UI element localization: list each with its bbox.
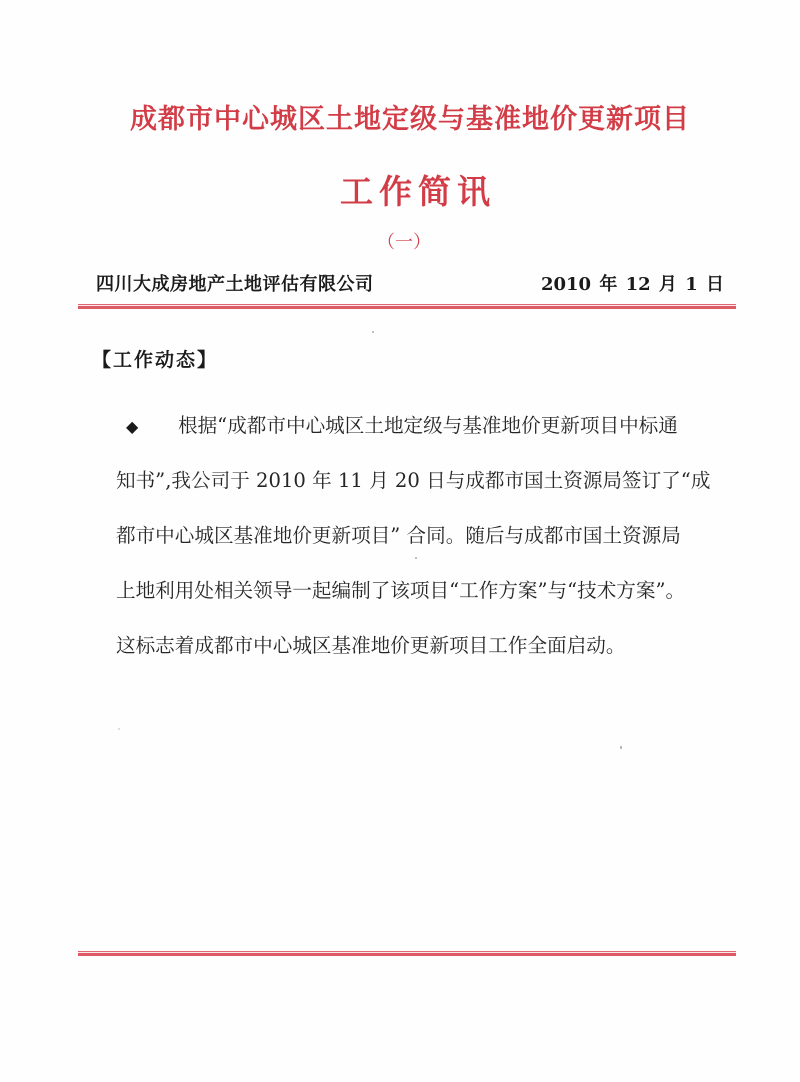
body-line-1: ◆根据“成都市中心城区土地定级与基准地价更新项目中标通 [116, 398, 716, 453]
body-line-5: 这标志着成都市中心城区基准地价更新项目工作全面启动。 [116, 618, 716, 673]
header-divider [78, 304, 736, 309]
body-line-3: 都市中心城区基准地价更新项目” 合同。随后与成都市国土资源局 [116, 508, 716, 563]
issue-date: 2010 年 12 月 1 日 [541, 270, 724, 296]
scan-speck [118, 728, 120, 730]
body-line-2: 知书”,我公司于 2010 年 11 月 20 日与成都市国土资源局签订了“成 [116, 453, 716, 508]
organization-name: 四川大成房地产土地评估有限公司 [96, 270, 374, 296]
footer-divider [78, 951, 736, 956]
scan-speck [415, 557, 417, 559]
scan-speck [620, 746, 622, 749]
scan-speck [372, 331, 374, 333]
issue-number: （一） [0, 228, 800, 254]
section-heading: 【工作动态】 [92, 345, 218, 372]
section-body: ◆根据“成都市中心城区土地定级与基准地价更新项目中标通 知书”,我公司于 201… [116, 398, 716, 673]
publisher-row: 四川大成房地产土地评估有限公司 2010 年 12 月 1 日 [96, 270, 724, 298]
body-line-4: 上地利用处相关领导一起编制了该项目“工作方案”与“技术方案”。 [116, 563, 716, 618]
diamond-bullet-icon: ◆ [116, 399, 164, 454]
body-line-1-text: 根据“成都市中心城区土地定级与基准地价更新项目中标通 [178, 414, 678, 437]
document-title: 成都市中心城区土地定级与基准地价更新项目 [0, 97, 800, 136]
bulletin-title: 工作简讯 [0, 166, 800, 213]
document-page: 成都市中心城区土地定级与基准地价更新项目 工作简讯 （一） 四川大成房地产土地评… [0, 0, 800, 1082]
